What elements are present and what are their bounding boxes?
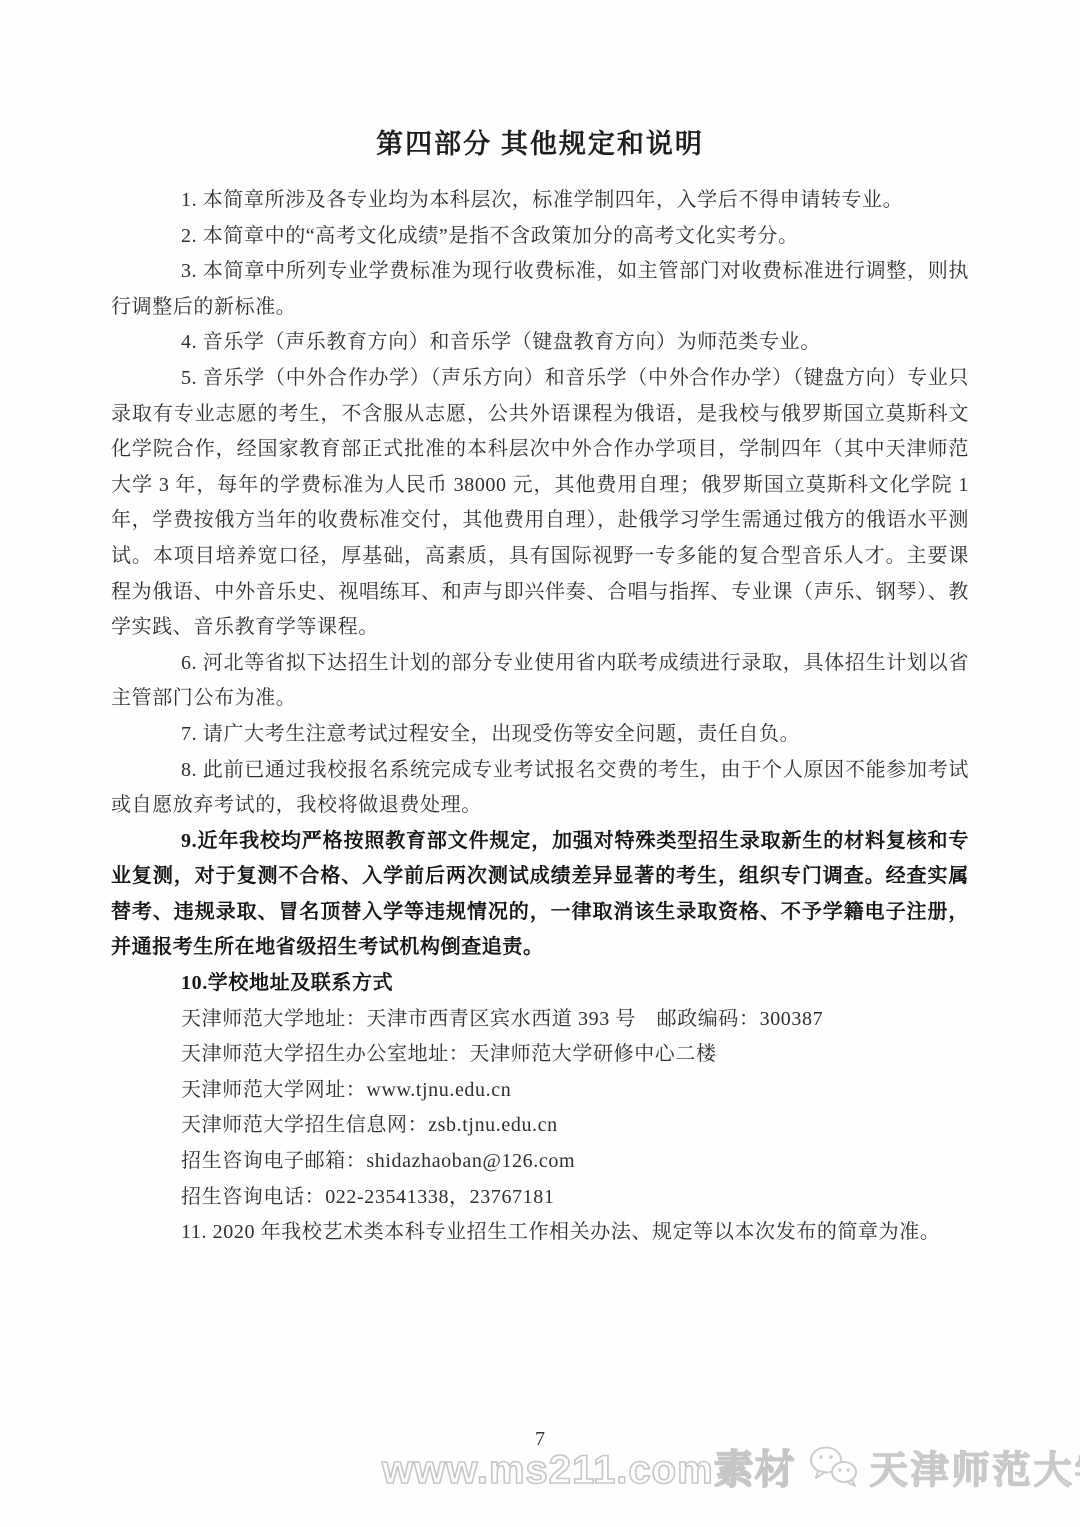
paragraph-2: 2. 本简章中的“高考文化成绩”是指不含政策加分的高考文化实考分。	[111, 219, 969, 255]
paragraph-7: 7. 请广大考生注意考试过程安全，出现受伤等安全问题，责任自负。	[111, 717, 969, 753]
contact-line-email: 招生咨询电子邮箱：shidazhaoban@126.com	[111, 1144, 969, 1180]
paragraph-9: 9.近年我校均严格按照教育部文件规定，加强对特殊类型招生录取新生的材料复核和专业…	[111, 824, 969, 966]
wechat-icon	[806, 1444, 862, 1495]
paragraph-1: 1. 本简章所涉及各专业均为本科层次，标准学制四年，入学后不得申请转专业。	[111, 183, 969, 219]
paragraph-10-heading: 10.学校地址及联系方式	[111, 966, 969, 1002]
watermark-site-text: www.ms211.com素材	[382, 1438, 796, 1495]
paragraph-6: 6. 河北等省拟下达招生计划的部分专业使用省内联考成绩进行录取，具体招生计划以省…	[111, 646, 969, 717]
paragraph-4: 4. 音乐学（声乐教育方向）和音乐学（键盘教育方向）为师范类专业。	[111, 325, 969, 361]
paragraph-8: 8. 此前已通过我校报名系统完成专业考试报名交费的考生，由于个人原因不能参加考试…	[111, 753, 969, 824]
contact-line-admission-site: 天津师范大学招生信息网：zsb.tjnu.edu.cn	[111, 1108, 969, 1144]
paragraph-5: 5. 音乐学（中外合作办学）（声乐方向）和音乐学（中外合作办学）（键盘方向）专业…	[111, 361, 969, 646]
contact-line-address: 天津师范大学地址：天津市西青区宾水西道 393 号 邮政编码：300387	[111, 1002, 969, 1038]
document-body: 1. 本简章所涉及各专业均为本科层次，标准学制四年，入学后不得申请转专业。 2.…	[111, 183, 969, 1251]
contact-line-office-address: 天津师范大学招生办公室地址：天津师范大学研修中心二楼	[111, 1037, 969, 1073]
contact-line-phone: 招生咨询电话：022-23541338，23767181	[111, 1180, 969, 1216]
watermark: www.ms211.com素材 天津师范大学招生办公室	[382, 1438, 1080, 1495]
contact-line-website: 天津师范大学网址：www.tjnu.edu.cn	[111, 1073, 969, 1109]
page-title: 第四部分 其他规定和说明	[0, 0, 1080, 161]
document-page: 第四部分 其他规定和说明 1. 本简章所涉及各专业均为本科层次，标准学制四年，入…	[0, 0, 1080, 1527]
paragraph-11: 11. 2020 年我校艺术类本科专业招生工作相关办法、规定等以本次发布的简章为…	[111, 1215, 969, 1251]
paragraph-3: 3. 本简章中所列专业学费标准为现行收费标准，如主管部门对收费标准进行调整，则执…	[111, 254, 969, 325]
watermark-account-text: 天津师范大学招生办公室	[870, 1439, 1080, 1494]
